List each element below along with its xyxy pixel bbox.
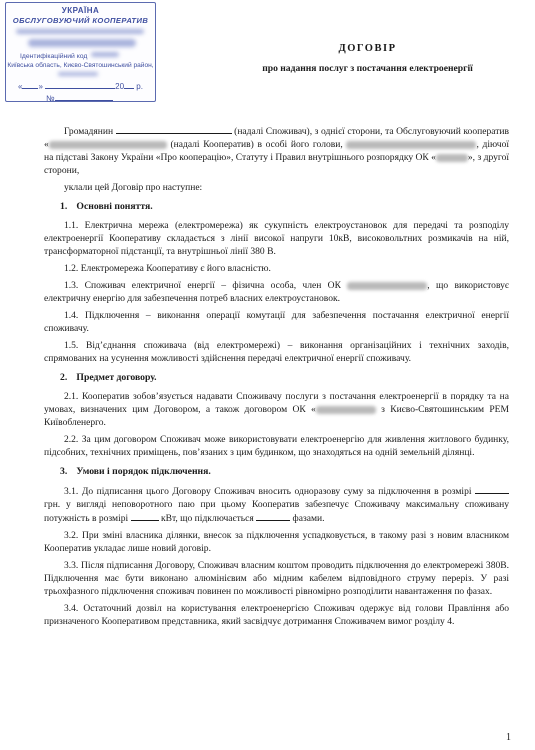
clause-1-4: 1.4. Підключення – виконання операції ко… — [44, 309, 509, 335]
clause-3-3: 3.3. Після підписання Договору, Споживач… — [44, 559, 509, 598]
clause-text: Електрична мережа (електромережа) як сук… — [44, 220, 509, 257]
clause-text: Електромережа Кооперативу є його власніс… — [81, 263, 271, 274]
section-1-title: Основні поняття. — [76, 201, 152, 212]
clause-id: 3.3. — [64, 560, 78, 571]
section-3-title: Умови і порядок підключення. — [76, 466, 210, 477]
clause-id: 3.1. — [64, 486, 78, 497]
clause-id: 1.5. — [64, 340, 78, 351]
stamp-region: Київська область, Києво-Святошинський ра… — [6, 63, 155, 70]
clause-id: 3.2. — [64, 530, 78, 541]
document-page: УКРАЇНА ОБСЛУГОВУЮЧИЙ КООПЕРАТИВ Ідентиф… — [0, 0, 535, 750]
stamp-year-prefix: 20 — [115, 82, 124, 91]
clause-text: Після підписання Договору, Споживач влас… — [44, 560, 509, 597]
stamp-year-blank — [124, 81, 134, 89]
stamp-number-label: № — [46, 94, 55, 103]
redacted-head-name — [346, 141, 476, 149]
consumer-name-blank — [116, 124, 232, 134]
stamp-number-field: № — [46, 93, 113, 103]
stamp-redacted-name — [16, 29, 144, 34]
stamp-redacted-address — [28, 39, 136, 47]
section-3-number: 3. — [60, 465, 74, 478]
section-2-number: 2. — [60, 371, 74, 384]
clause-text: При зміні власника ділянки, внесок за пі… — [44, 530, 509, 554]
clause-1-5: 1.5. Від’єднання споживача (від електром… — [44, 339, 509, 365]
redacted-cooperative-short — [436, 154, 468, 162]
clause-id: 2.2. — [64, 434, 78, 445]
clause-id: 1.2. — [64, 263, 78, 274]
document-body: Громадянин (надалі Споживач), з однієї с… — [44, 124, 509, 632]
section-1-heading: 1. Основні поняття. — [60, 200, 509, 213]
stamp-number-blank — [55, 93, 113, 101]
clause-text: фазами. — [293, 513, 325, 524]
stamp-date-field: «» 20 р. — [6, 81, 155, 91]
intro-paragraph: Громадянин (надалі Споживач), з однієї с… — [44, 124, 509, 177]
redacted-cooperative-name — [347, 282, 427, 290]
section-2-heading: 2. Предмет договору. — [60, 371, 509, 384]
clause-text: Остаточний дозвіл на користування електр… — [44, 603, 509, 627]
stamp-redacted-village — [58, 72, 98, 76]
intro-text-citizen: Громадянин — [64, 126, 113, 137]
stamp-id-code-label: Ідентифікаційний код — [20, 53, 87, 60]
intro-agreement: уклали цей Договір про наступне: — [44, 181, 509, 194]
clause-text: За цим договором Споживач може використо… — [44, 434, 509, 458]
section-1-number: 1. — [60, 200, 74, 213]
stamp-year-suffix: р. — [136, 82, 143, 91]
section-2-title: Предмет договору. — [76, 372, 156, 383]
clause-text: Підключення – виконання операції комутац… — [44, 310, 509, 334]
cooperative-stamp: УКРАЇНА ОБСЛУГОВУЮЧИЙ КООПЕРАТИВ Ідентиф… — [5, 2, 156, 102]
redacted-cooperative-name — [49, 141, 167, 149]
power-kw-blank — [131, 511, 159, 521]
section-3-heading: 3. Умови і порядок підключення. — [60, 465, 509, 478]
clause-id: 3.4. — [64, 603, 78, 614]
clause-1-1: 1.1. Електрична мережа (електромережа) я… — [44, 219, 509, 258]
clause-2-2: 2.2. За цим договором Споживач може вико… — [44, 433, 509, 459]
clause-text: До підписання цього Договору Споживач вн… — [82, 486, 472, 497]
clause-3-1: 3.1. До підписання цього Договору Спожив… — [44, 484, 509, 525]
page-number: 1 — [506, 732, 511, 743]
stamp-day-blank — [22, 81, 38, 89]
clause-text: Споживач електричної енергії – фізична о… — [85, 280, 341, 291]
clause-id: 1.1. — [64, 220, 78, 231]
document-title: ДОГОВІР — [200, 43, 535, 54]
stamp-month-blank — [45, 81, 115, 89]
stamp-date-quote-close: » — [38, 82, 42, 91]
clause-3-4: 3.4. Остаточний дозвіл на користування е… — [44, 602, 509, 628]
clause-id: 1.3. — [64, 280, 78, 291]
fee-amount-blank — [475, 484, 509, 494]
clause-1-3: 1.3. Споживач електричної енергії – фізи… — [44, 279, 509, 305]
clause-text: кВт, що підключається — [161, 513, 254, 524]
document-subtitle: про надання послуг з постачання електрое… — [200, 63, 535, 74]
intro-text-cooperative: (надалі Кооператив) в особі його голови, — [170, 139, 342, 150]
clause-1-2: 1.2. Електромережа Кооперативу є його вл… — [44, 262, 509, 275]
clause-2-1: 2.1. Кооператив зобов’язується надавати … — [44, 390, 509, 429]
clause-id: 2.1. — [64, 391, 78, 402]
stamp-id-code: Ідентифікаційний код — [20, 53, 117, 61]
stamp-redacted-id — [91, 52, 119, 57]
clause-3-2: 3.2. При зміні власника ділянки, внесок … — [44, 529, 509, 555]
stamp-organization: ОБСЛУГОВУЮЧИЙ КООПЕРАТИВ — [6, 17, 155, 25]
clause-id: 1.4. — [64, 310, 78, 321]
clause-text: Від’єднання споживача (від електромережі… — [44, 340, 509, 364]
redacted-cooperative-name — [316, 406, 376, 414]
phases-blank — [256, 511, 290, 521]
stamp-country: УКРАЇНА — [6, 7, 155, 15]
